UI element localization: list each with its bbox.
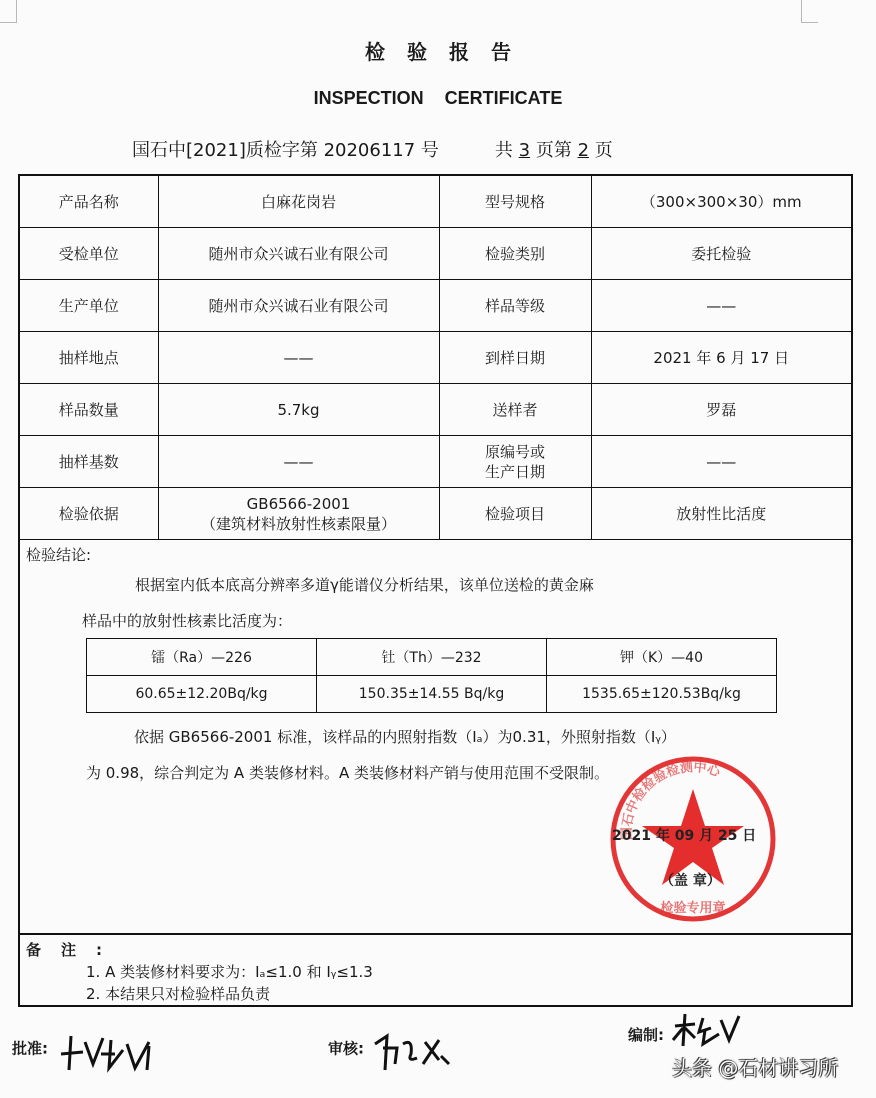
field-label: 到样日期 [439,332,591,384]
compile-signature-scribble [669,1010,749,1050]
conclusion-paragraph-4: 为 0.98，综合判定为 A 类装修材料。A 类装修材料产销与使用范围不受限制。 [86,762,609,783]
field-label: 产品名称 [20,176,158,228]
field-label: 送样者 [439,384,591,436]
notes-section: 备注: 1. A 类装修材料要求为：Iₐ≤1.0 和 Iᵧ≤1.3 2. 本结果… [20,935,851,1005]
field-label: 检验类别 [439,228,591,280]
radionuclide-table: 镭（Ra）—226 钍（Th）—232 钾（K）—40 60.65±12.20B… [86,638,777,713]
potassium-header: 钾（K）—40 [547,639,777,676]
thorium-header: 钍（Th）—232 [317,639,547,676]
field-label: 抽样地点 [20,332,158,384]
conclusion-paragraph-3: 依据 GB6566-2001 标准，该样品的内照射指数（Iₐ）为0.31，外照射… [134,726,676,747]
reference-line: 国石中[2021]质检字第 20206117 号共 3 页第 2 页 [132,136,613,162]
watermark: 头条 @石材讲习所 [672,1052,838,1081]
field-label: 检验项目 [439,488,591,540]
radium-header: 镭（Ra）—226 [87,639,317,676]
conclusion-label: 检验结论: [26,544,91,565]
field-value: —— [591,436,851,488]
info-row: 检验依据GB6566-2001 （建筑材料放射性核素限量）检验项目放射性比活度 [20,488,851,540]
document-title-en: INSPECTION CERTIFICATE [0,88,876,109]
info-row: 抽样地点——到样日期2021 年 6 月 17 日 [20,332,851,384]
radium-value: 60.65±12.20Bq/kg [87,676,317,713]
info-row: 抽样基数——原编号或 生产日期—— [20,436,851,488]
compile-signature: 编制: [628,1024,749,1050]
approve-signature: 批准: [12,1024,163,1074]
reference-number: 国石中[2021]质检字第 20206117 号 [132,140,439,161]
approve-label: 批准: [12,1040,48,1058]
report-frame: 产品名称白麻花岗岩型号规格（300×300×30）mm受检单位随州市众兴诚石业有… [18,174,853,1007]
field-value: —— [158,332,439,384]
field-value: 放射性比活度 [591,488,851,540]
info-row: 生产单位随州市众兴诚石业有限公司样品等级—— [20,280,851,332]
conclusion-paragraph-2: 样品中的放射性核素比活度为： [82,610,292,631]
field-value: 罗磊 [591,384,851,436]
svg-text:检验专用章: 检验专用章 [660,900,725,916]
field-value: （300×300×30）mm [591,176,851,228]
field-value: 随州市众兴诚石业有限公司 [158,280,439,332]
field-value: 5.7kg [158,384,439,436]
notes-label: 备注: [26,939,122,960]
conclusion-paragraph-1: 根据室内低本底高分辨率多道γ能谱仪分析结果，该单位送检的黄金麻 [135,574,594,595]
info-row: 受检单位随州市众兴诚石业有限公司检验类别委托检验 [20,228,851,280]
field-label: 生产单位 [20,280,158,332]
note-item-2: 2. 本结果只对检验样品负责 [86,983,270,1004]
note-item-1: 1. A 类装修材料要求为：Iₐ≤1.0 和 Iᵧ≤1.3 [86,961,373,982]
field-label: 原编号或 生产日期 [439,436,591,488]
field-value: GB6566-2001 （建筑材料放射性核素限量） [158,488,439,540]
field-value: 随州市众兴诚石业有限公司 [158,228,439,280]
page-corner-mark-left [0,0,17,23]
field-value: 委托检验 [591,228,851,280]
review-signature: 审核: [328,1024,469,1074]
info-row: 样品数量5.7kg送样者罗磊 [20,384,851,436]
field-value: 白麻花岗岩 [158,176,439,228]
field-label: 受检单位 [20,228,158,280]
field-label: 检验依据 [20,488,158,540]
stamp-seal-label: （盖 章） [660,870,721,890]
field-label: 样品数量 [20,384,158,436]
thorium-value: 150.35±14.55 Bq/kg [317,676,547,713]
field-value: —— [591,280,851,332]
approve-signature-scribble [53,1024,163,1074]
review-signature-scribble [369,1024,469,1074]
field-label: 抽样基数 [20,436,158,488]
field-value: 2021 年 6 月 17 日 [591,332,851,384]
field-label: 样品等级 [439,280,591,332]
page-corner-mark-right [801,0,818,23]
conclusion-section: 检验结论: 根据室内低本底高分辨率多道γ能谱仪分析结果，该单位送检的黄金麻 样品… [20,540,851,935]
field-label: 型号规格 [439,176,591,228]
info-row: 产品名称白麻花岗岩型号规格（300×300×30）mm [20,176,851,228]
compile-label: 编制: [628,1026,664,1044]
page-count: 共 3 页第 2 页 [495,140,613,161]
info-table: 产品名称白麻花岗岩型号规格（300×300×30）mm受检单位随州市众兴诚石业有… [20,176,851,540]
stamp-date: 2021 年 09 月 25 日 [612,825,756,845]
field-value: —— [158,436,439,488]
document-title-cn: 检验报告 [0,36,876,65]
review-label: 审核: [328,1040,364,1058]
potassium-value: 1535.65±120.53Bq/kg [547,676,777,713]
